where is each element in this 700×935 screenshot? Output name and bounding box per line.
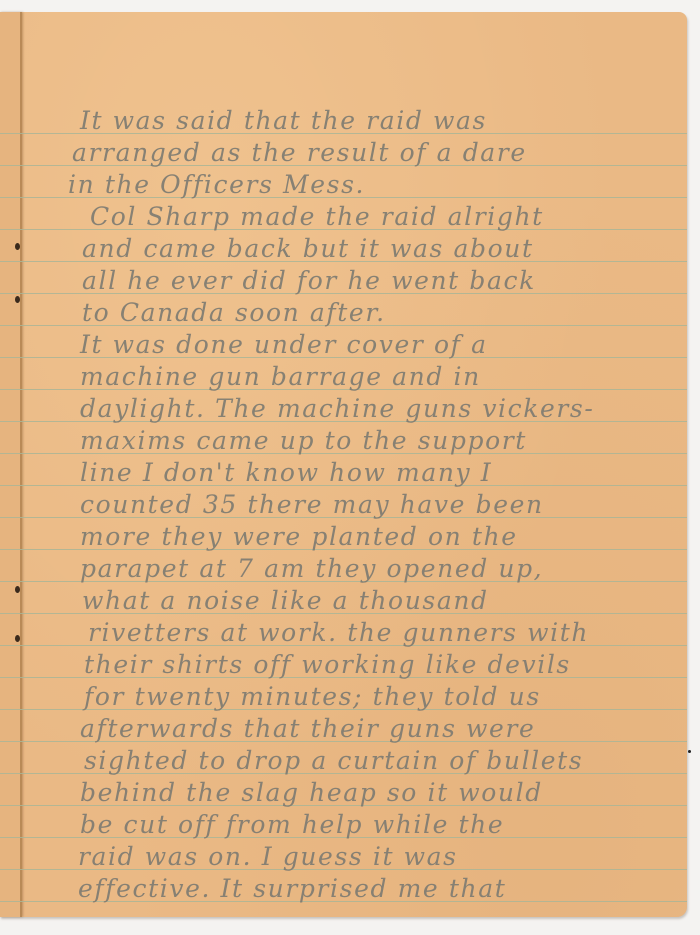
text-line: to Canada soon after. xyxy=(82,298,386,330)
text-line: machine gun barrage and in xyxy=(80,362,481,394)
text-line: It was said that the raid was xyxy=(80,106,487,138)
text-line: rivetters at work. the gunners with xyxy=(88,618,589,650)
text-line: in the Officers Mess. xyxy=(68,170,365,202)
text-line: counted 35 there may have been xyxy=(80,490,544,522)
text-line: raid was on. I guess it was xyxy=(78,842,458,874)
notebook-page: It was said that the raid was arranged a… xyxy=(0,12,687,917)
text-line: parapet at 7 am they opened up, xyxy=(80,554,543,586)
text-line: Col Sharp made the raid alright xyxy=(90,202,544,234)
text-line: and came back but it was about xyxy=(82,234,534,266)
text-line: more they were planted on the xyxy=(80,522,518,554)
text-line: afterwards that their guns were xyxy=(80,714,535,746)
text-line: all he ever did for he went back xyxy=(82,266,536,298)
text-line: maxims came up to the support xyxy=(80,426,527,458)
text-line: sighted to drop a curtain of bullets xyxy=(84,746,583,778)
text-line: what a noise like a thousand xyxy=(82,586,489,618)
previous-page-edge xyxy=(0,12,22,917)
binding-hole xyxy=(15,635,20,642)
text-line: arranged as the result of a dare xyxy=(72,138,527,170)
text-line: daylight. The machine guns vickers- xyxy=(80,394,594,426)
binding-hole xyxy=(15,296,20,303)
text-line: their shirts off working like devils xyxy=(84,650,571,682)
text-line: effective. It surprised me that xyxy=(78,874,506,906)
scan-speck xyxy=(688,750,691,753)
text-line: behind the slag heap so it would xyxy=(80,778,543,810)
text-line: It was done under cover of a xyxy=(80,330,488,362)
text-line: be cut off from help while the xyxy=(80,810,504,842)
binding-hole xyxy=(15,586,20,593)
binding-hole xyxy=(15,243,20,250)
text-line: line I don't know how many I xyxy=(80,458,492,490)
text-line: for twenty minutes; they told us xyxy=(84,682,541,714)
